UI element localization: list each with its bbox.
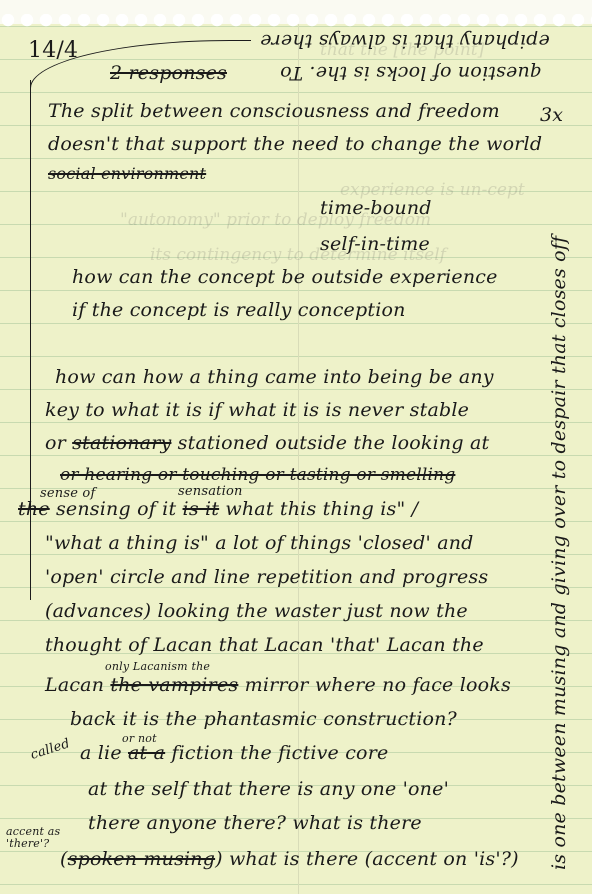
line-text: fiction the fictive core — [171, 742, 388, 764]
note-line: back it is the phantasmic construction? — [70, 708, 457, 730]
note-line: at the self that there is any one 'one' — [88, 778, 449, 800]
note-line: there anyone there? what is there — [88, 812, 422, 834]
upside-down-note-2: question of locks is the. To — [280, 62, 542, 84]
note-line: (spoken musing) what is there (accent on… — [60, 848, 519, 870]
struck-word: the vampires — [110, 674, 238, 696]
struck-word: spoken musing — [68, 848, 215, 870]
vertical-margin-note: is one between musing and giving over to… — [548, 236, 570, 870]
line-prefix: or — [45, 432, 66, 454]
note-line: key to what it is if what it is is never… — [45, 399, 469, 421]
notepad-page: that the [the point] experience is un-ce… — [0, 0, 592, 894]
struck-header: 2 responses — [110, 62, 227, 84]
margin-mark: 3x — [540, 104, 563, 126]
note-line: how can the concept be outside experienc… — [72, 266, 498, 288]
note-line: The split between consciousness and free… — [48, 100, 500, 122]
note-line-struck: or hearing or touching or tasting or sme… — [60, 465, 455, 485]
note-line: how can how a thing came into being be a… — [55, 366, 494, 388]
line-prefix: Lacan — [45, 674, 104, 696]
note-line: time-bound — [320, 197, 432, 219]
insertion: only Lacanism the — [105, 660, 210, 673]
note-line: or stationary stationed outside the look… — [45, 432, 489, 454]
line-text: stationed outside the looking at — [178, 432, 490, 454]
margin-note: accent as 'there'? — [6, 826, 66, 850]
page-number: 14/4 — [28, 38, 78, 63]
line-text: what is there (accent on 'is'?) — [229, 848, 519, 870]
note-line: "what a thing is" a lot of things 'close… — [45, 532, 474, 554]
note-line: Lacan the vampires mirror where no face … — [45, 674, 511, 696]
line-prefix: a lie — [80, 742, 122, 764]
note-line: 'open' circle and line repetition and pr… — [45, 566, 488, 588]
note-line: thought of Lacan that Lacan 'that' Lacan… — [45, 634, 484, 656]
line-text: sensing of it — [56, 498, 176, 520]
insertion: sensation — [178, 484, 243, 499]
note-line: (advances) looking the waster just now t… — [45, 600, 468, 622]
struck-word: at a — [128, 742, 165, 764]
note-line: if the concept is really conception — [72, 299, 406, 321]
note-line: the sensing of it is it what this thing … — [18, 498, 418, 520]
margin-bracket — [30, 80, 43, 600]
note-line-struck: social environment — [48, 164, 206, 183]
margin-note: called — [29, 736, 72, 763]
upside-down-note-1: epiphany that is always there — [260, 30, 550, 52]
line-prefix: the — [18, 498, 50, 520]
note-line: self-in-time — [320, 233, 430, 255]
line-text: mirror where no face looks — [245, 674, 511, 696]
note-line: a lie at a fiction the fictive core — [80, 742, 388, 764]
line-text-after: what this thing is" / — [225, 498, 418, 520]
note-line: doesn't that support the need to change … — [48, 133, 542, 155]
perforation-holes — [0, 14, 592, 30]
struck-word: stationary — [72, 432, 171, 454]
struck-word: is it — [183, 498, 220, 520]
